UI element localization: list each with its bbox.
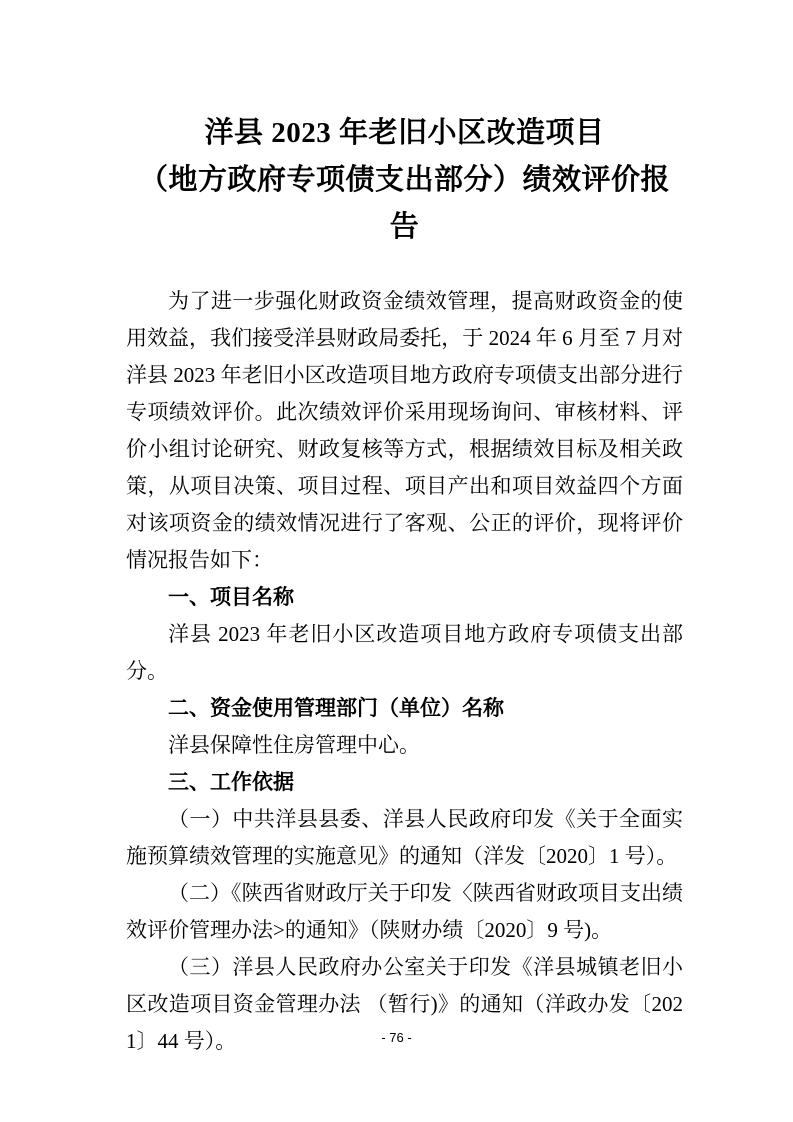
- document-body: 为了进一步强化财政资金绩效管理，提高财政资金的使用效益，我们接受洋县财政局委托，…: [126, 283, 683, 1060]
- page-footer: - 76 -: [0, 1030, 793, 1045]
- paragraph-managing-unit: 洋县保障性住房管理中心。: [126, 727, 683, 764]
- heading-project-name: 一、项目名称: [126, 579, 683, 616]
- document-title-line-2: （地方政府专项债支出部分）绩效评价报告: [139, 164, 670, 243]
- document-title: 洋县 2023 年老旧小区改造项目 （地方政府专项债支出部分）绩效评价报告: [126, 110, 683, 251]
- heading-work-basis: 三、工作依据: [126, 764, 683, 801]
- paragraph-basis-item-2: （二）《陕西省财政厅关于印发〈陕西省财政项目支出绩效评价管理办法>的通知》（陕财…: [126, 875, 683, 949]
- page-number: - 76 -: [381, 1030, 411, 1045]
- document-page: 洋县 2023 年老旧小区改造项目 （地方政府专项债支出部分）绩效评价报告 为了…: [0, 0, 793, 1122]
- paragraph-basis-item-1: （一）中共洋县县委、洋县人民政府印发《关于全面实施预算绩效管理的实施意见》的通知…: [126, 801, 683, 875]
- heading-managing-unit: 二、资金使用管理部门（单位）名称: [126, 690, 683, 727]
- paragraph-intro: 为了进一步强化财政资金绩效管理，提高财政资金的使用效益，我们接受洋县财政局委托，…: [126, 283, 683, 579]
- paragraph-project-name: 洋县 2023 年老旧小区改造项目地方政府专项债支出部分。: [126, 616, 683, 690]
- document-content: 洋县 2023 年老旧小区改造项目 （地方政府专项债支出部分）绩效评价报告 为了…: [126, 0, 683, 1060]
- document-title-line-1: 洋县 2023 年老旧小区改造项目: [204, 117, 604, 149]
